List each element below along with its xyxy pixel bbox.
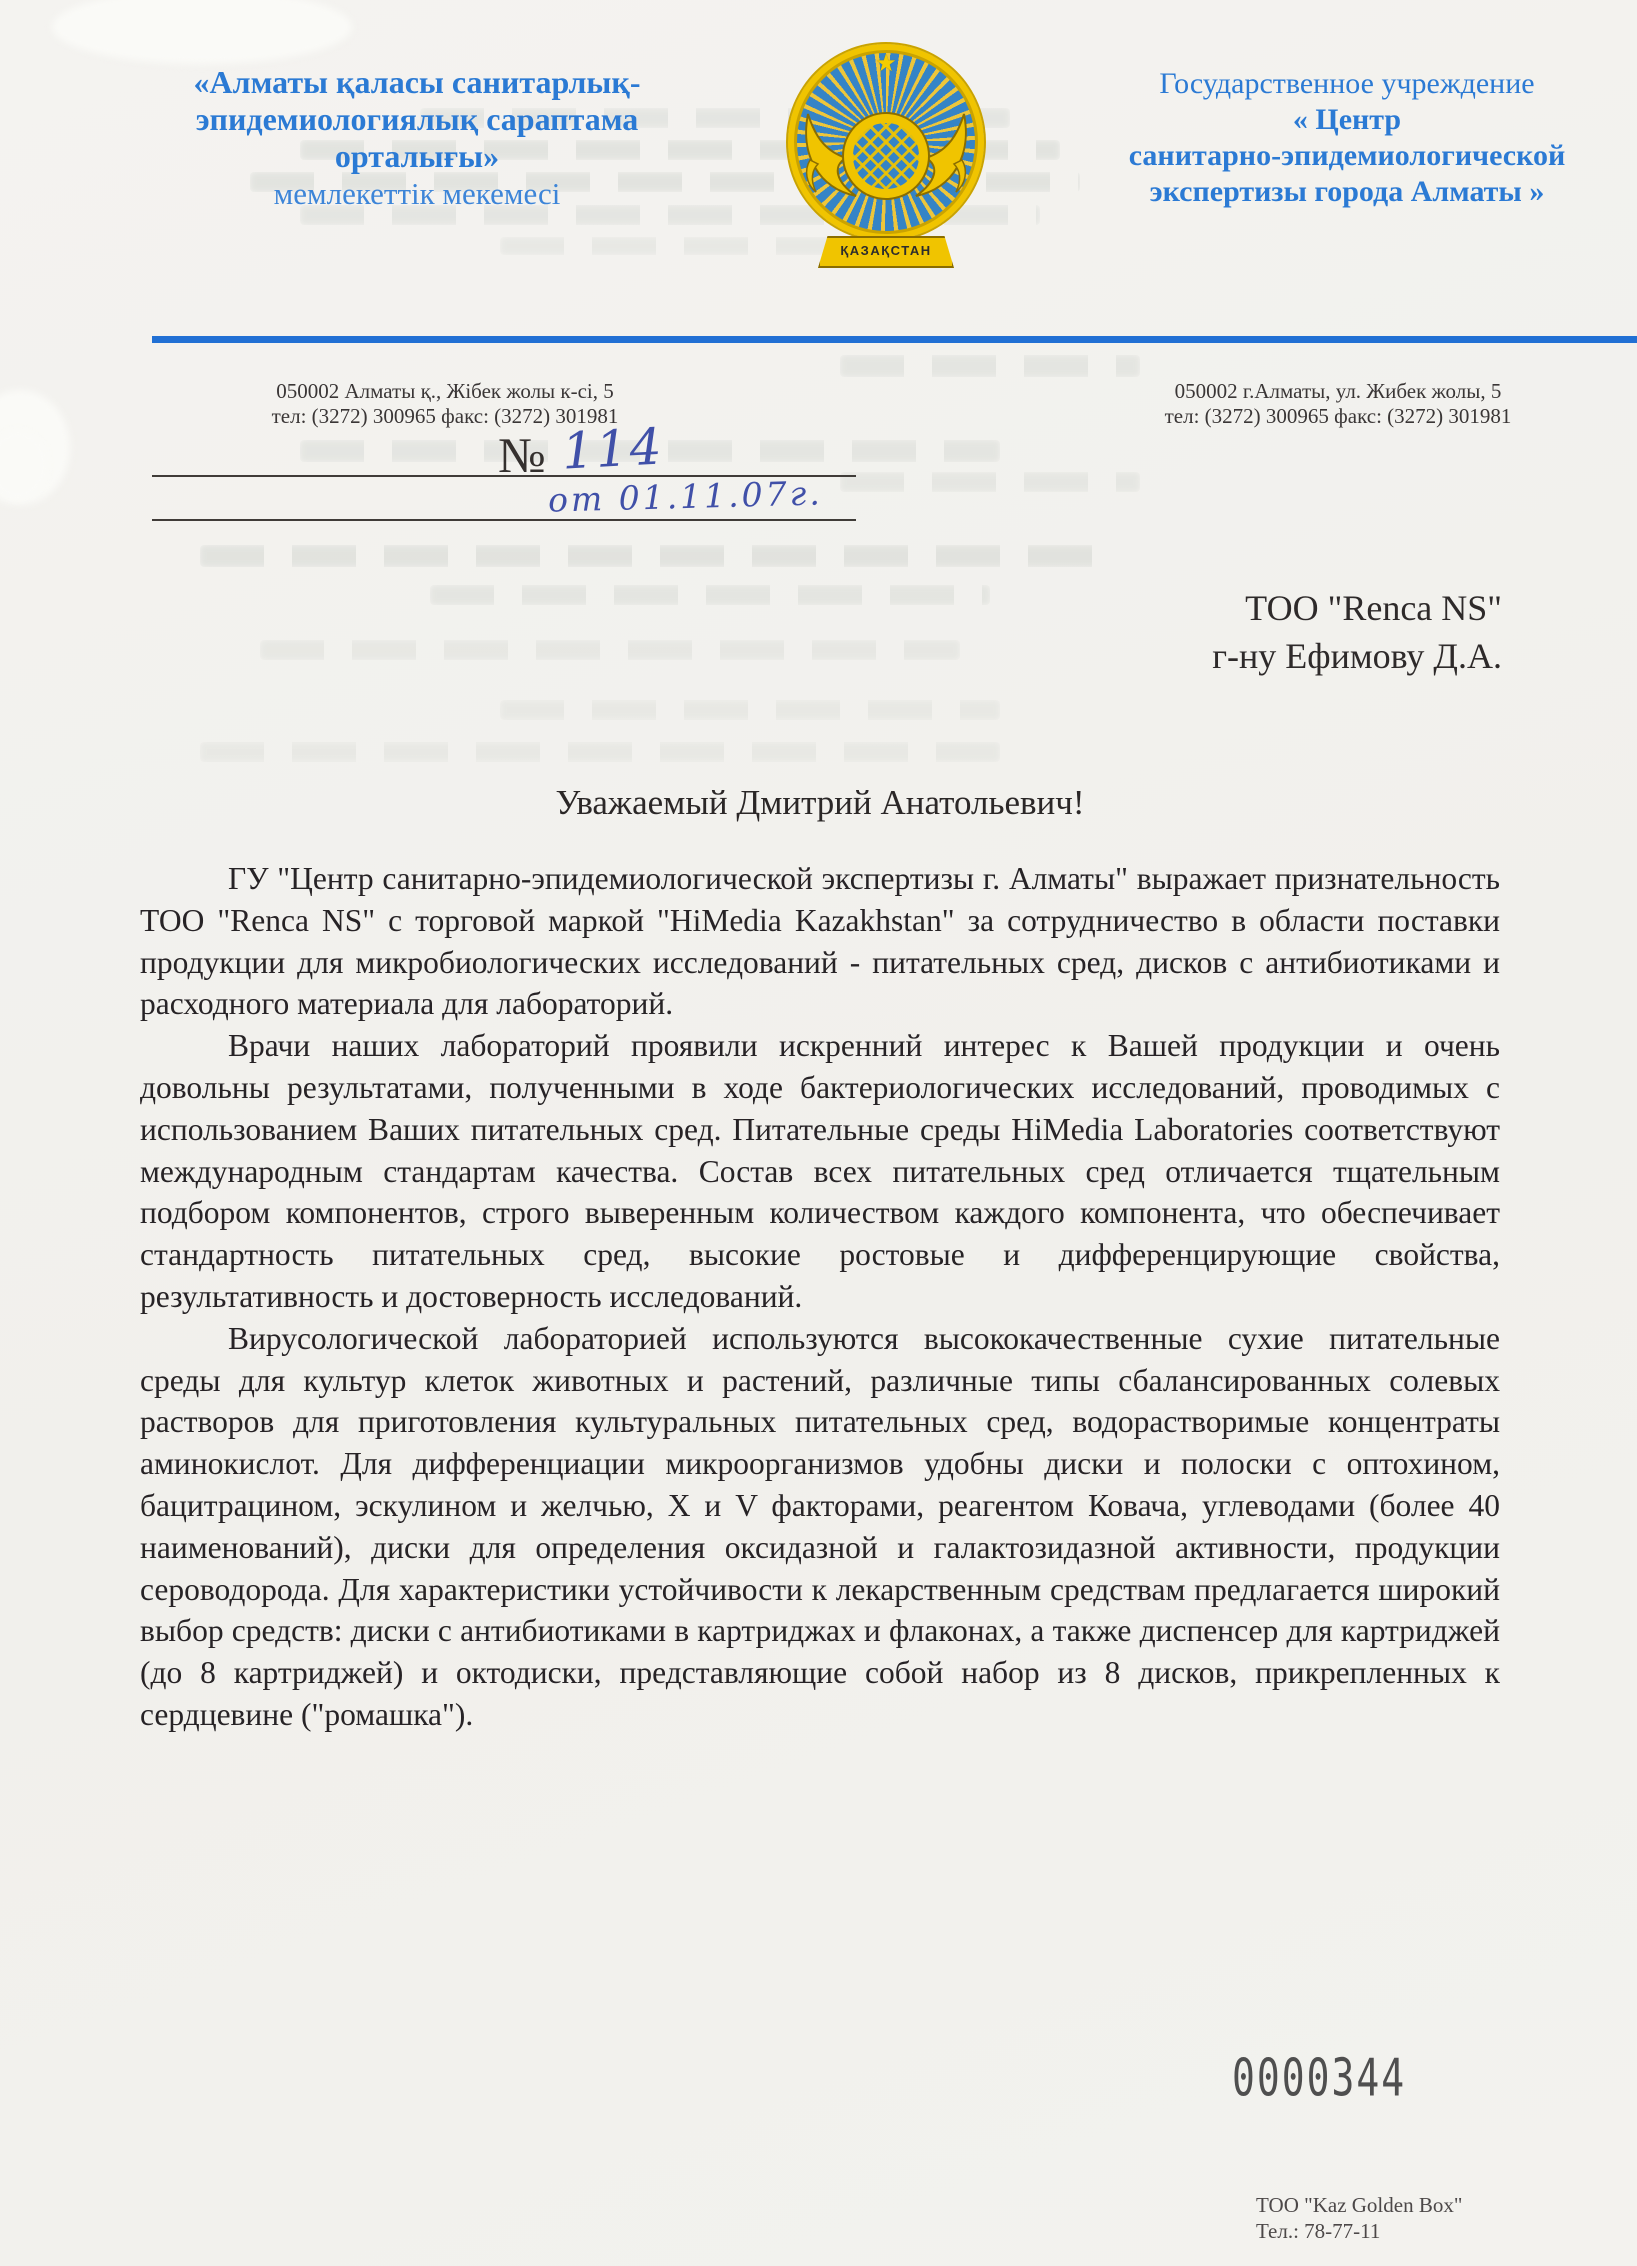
bleed-through-artifact [430, 585, 990, 605]
reference-date-line [152, 519, 856, 521]
org-name-kazakh-line4: мемлекеттік мекемесі [132, 175, 702, 212]
kazakhstan-emblem-icon: ★ ҚАЗАҚСТАН [788, 44, 984, 268]
org-name-kazakh-line2: эпидемиологиялық сараптама [132, 101, 702, 138]
handwritten-reference-number: 114 [561, 421, 665, 476]
emblem-banner-text: ҚАЗАҚСТАН [840, 243, 931, 258]
org-name-russian: Государственное учреждение « Центр санит… [1072, 66, 1622, 210]
body-paragraph-1: ГУ "Центр санитарно-эпидемиологической э… [140, 858, 1500, 1025]
bleed-through-artifact [500, 700, 1000, 720]
recipient-company: ТОО "Renca NS" [1212, 584, 1502, 632]
org-name-russian-line1: Государственное учреждение [1072, 66, 1622, 102]
contact-block-russian: 050002 г.Алматы, ул. Жибек жолы, 5 тел: … [1148, 379, 1528, 429]
org-name-kazakh-line1: «Алматы қаласы санитарлық- [132, 64, 702, 101]
letter-body: ГУ "Центр санитарно-эпидемиологической э… [140, 858, 1500, 1736]
header-divider [152, 336, 1637, 343]
org-name-russian-line2: « Центр [1072, 102, 1622, 138]
contact-address-russian: 050002 г.Алматы, ул. Жибек жолы, 5 [1148, 379, 1528, 404]
org-name-kazakh: «Алматы қаласы санитарлық- эпидемиология… [132, 64, 702, 212]
emblem-star-icon: ★ [875, 52, 897, 76]
bleed-through-artifact [260, 640, 960, 660]
emblem-banner: ҚАЗАҚСТАН [818, 236, 954, 268]
page-number-stamp: 0000344 [1232, 2048, 1406, 2107]
recipient-block: ТОО "Renca NS" г-ну Ефимову Д.А. [1212, 584, 1502, 680]
recipient-person: г-ну Ефимову Д.А. [1212, 632, 1502, 680]
org-name-kazakh-line3: орталығы» [132, 138, 702, 175]
bleed-through-artifact [840, 472, 1140, 492]
org-name-russian-line3: санитарно-эпидемиологической [1072, 138, 1622, 174]
printshop-footer: ТОО "Kaz Golden Box" Тел.: 78-77-11 [1256, 2192, 1462, 2244]
printshop-phone: Тел.: 78-77-11 [1256, 2218, 1462, 2244]
salutation: Уважаемый Дмитрий Анатольевич! [140, 783, 1500, 823]
bleed-through-artifact [840, 355, 1140, 377]
body-paragraph-3: Вирусологической лабораторией используют… [140, 1318, 1500, 1736]
contact-address-kazakh: 050002 Алматы қ., Жібек жолы к-сі, 5 [255, 379, 635, 404]
handwritten-date: от 01.11.07г. [548, 476, 824, 516]
contact-phone-russian: тел: (3272) 300965 факс: (3272) 301981 [1148, 404, 1528, 429]
emblem-shanyrak-icon [844, 114, 928, 198]
bleed-through-artifact [200, 545, 1100, 567]
scanned-letter-page: «Алматы қаласы санитарлық- эпидемиология… [0, 0, 1637, 2266]
number-sign: № [498, 430, 546, 480]
scan-artifact-blob [52, 0, 352, 64]
body-paragraph-2: Врачи наших лабораторий проявили искренн… [140, 1025, 1500, 1318]
org-name-russian-line4: экспертизы города Алматы » [1072, 174, 1622, 210]
bleed-through-artifact [200, 742, 1000, 762]
printshop-name: ТОО "Kaz Golden Box" [1256, 2192, 1462, 2218]
